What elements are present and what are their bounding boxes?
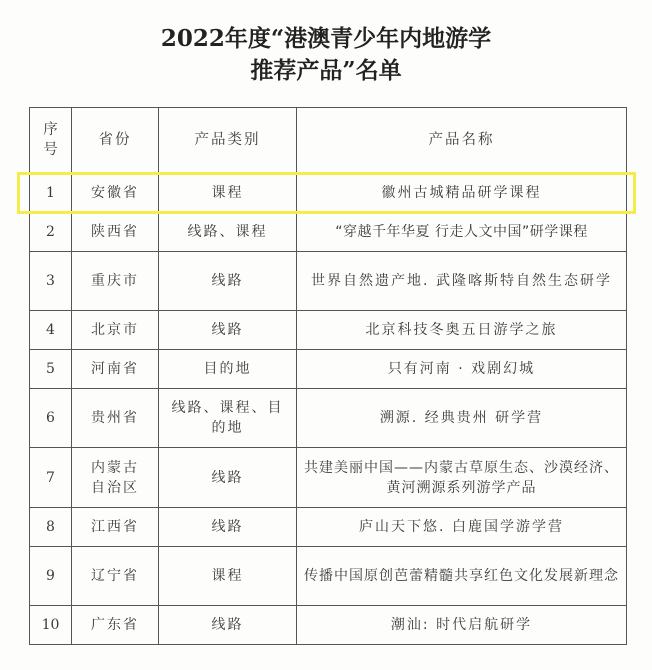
cell-product-name: 溯源. 经典贵州 研学营 (297, 389, 627, 448)
table-row: 10 广东省 线路 潮汕: 时代启航研学 (30, 606, 627, 645)
cell-province: 北京市 (72, 311, 159, 350)
recommended-products-table: 序号 省份 产品类别 产品名称 1 安徽省 课程 徽州古城精品研学课程 2 陕西… (29, 107, 627, 645)
cell-index: 3 (30, 252, 72, 311)
table-row: 5 河南省 目的地 只有河南 · 戏剧幻城 (30, 350, 627, 389)
cell-product-name: 只有河南 · 戏剧幻城 (297, 350, 627, 389)
table-row: 2 陕西省 线路、课程 “穿越千年华夏 行走人文中国”研学课程 (30, 213, 627, 252)
cell-category: 线路 (159, 448, 297, 508)
cell-index: 9 (30, 547, 72, 606)
cell-index: 10 (30, 606, 72, 645)
header-index: 序号 (30, 108, 72, 173)
cell-product-name: 传播中国原创芭蕾精髓共享红色文化发展新理念 (297, 547, 627, 606)
cell-category: 课程 (159, 173, 297, 213)
table-row: 6 贵州省 线路、课程、目的地 溯源. 经典贵州 研学营 (30, 389, 627, 448)
table-row: 4 北京市 线路 北京科技冬奥五日游学之旅 (30, 311, 627, 350)
document-title-line-1: 2022年度“港澳青少年内地游学 (0, 20, 652, 53)
cell-category: 线路 (159, 311, 297, 350)
table-row: 7 内蒙古自治区 线路 共建美丽中国——内蒙古草原生态、沙漠经济、黄河溯源系列游… (30, 448, 627, 508)
table-row: 3 重庆市 线路 世界自然遗产地. 武隆喀斯特自然生态研学 (30, 252, 627, 311)
cell-product-name: 世界自然遗产地. 武隆喀斯特自然生态研学 (297, 252, 627, 311)
cell-category: 线路、课程、目的地 (159, 389, 297, 448)
table-row: 9 辽宁省 课程 传播中国原创芭蕾精髓共享红色文化发展新理念 (30, 547, 627, 606)
cell-index: 2 (30, 213, 72, 252)
cell-product-name: “穿越千年华夏 行走人文中国”研学课程 (297, 213, 627, 252)
header-province: 省份 (72, 108, 159, 173)
cell-province: 江西省 (72, 508, 159, 547)
cell-province: 陕西省 (72, 213, 159, 252)
header-category: 产品类别 (159, 108, 297, 173)
cell-category: 线路 (159, 252, 297, 311)
cell-index: 8 (30, 508, 72, 547)
cell-product-name: 共建美丽中国——内蒙古草原生态、沙漠经济、黄河溯源系列游学产品 (297, 448, 627, 508)
cell-category: 线路、课程 (159, 213, 297, 252)
cell-province: 重庆市 (72, 252, 159, 311)
cell-province: 贵州省 (72, 389, 159, 448)
cell-category: 目的地 (159, 350, 297, 389)
table-row: 1 安徽省 课程 徽州古城精品研学课程 (30, 173, 627, 213)
cell-province: 广东省 (72, 606, 159, 645)
cell-province: 河南省 (72, 350, 159, 389)
table-row: 8 江西省 线路 庐山天下悠. 白鹿国学游学营 (30, 508, 627, 547)
cell-province: 辽宁省 (72, 547, 159, 606)
cell-product-name: 潮汕: 时代启航研学 (297, 606, 627, 645)
cell-category: 线路 (159, 508, 297, 547)
cell-index: 7 (30, 448, 72, 508)
table-header-row: 序号 省份 产品类别 产品名称 (30, 108, 627, 173)
cell-product-name: 徽州古城精品研学课程 (297, 173, 627, 213)
cell-index: 5 (30, 350, 72, 389)
document-title-line-2: 推荐产品”名单 (0, 52, 652, 85)
cell-province: 内蒙古自治区 (72, 448, 159, 508)
cell-index: 1 (30, 173, 72, 213)
cell-product-name: 庐山天下悠. 白鹿国学游学营 (297, 508, 627, 547)
header-product-name: 产品名称 (297, 108, 627, 173)
cell-category: 线路 (159, 606, 297, 645)
cell-province: 安徽省 (72, 173, 159, 213)
cell-product-name: 北京科技冬奥五日游学之旅 (297, 311, 627, 350)
cell-index: 4 (30, 311, 72, 350)
cell-index: 6 (30, 389, 72, 448)
cell-category: 课程 (159, 547, 297, 606)
